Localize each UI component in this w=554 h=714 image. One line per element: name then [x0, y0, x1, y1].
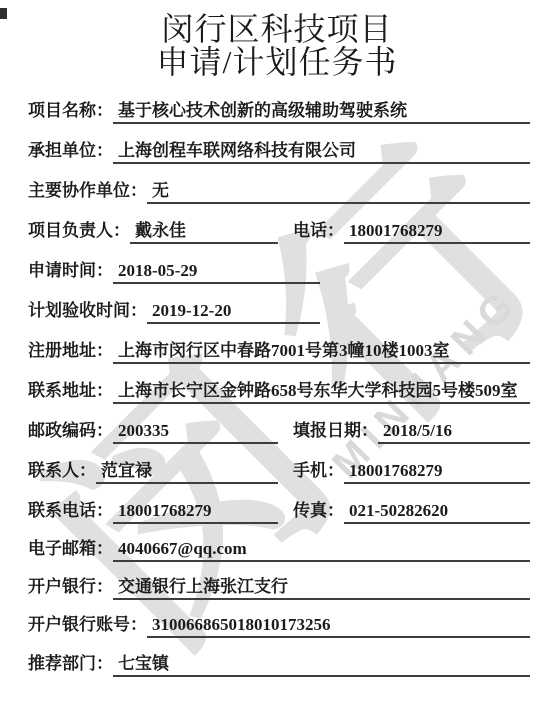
contact-phone-value: 18001768279 [113, 500, 278, 524]
field-row-cooperating-unit: 主要协作单位： 无 [28, 180, 530, 204]
field-row-bank: 开户银行： 交通银行上海张江支行 [28, 576, 530, 600]
application-date-label: 申请时间： [28, 260, 113, 284]
field-row-undertaking-unit: 承担单位： 上海创程车联网络科技有限公司 [28, 140, 530, 164]
postal-code-pair: 邮政编码： 200335 [28, 420, 278, 444]
recommending-dept-value: 七宝镇 [113, 653, 530, 677]
document-content: 闵行区科技项目申请/计划任务书 项目名称： 基于核心技术创新的高级辅助驾驶系统 … [0, 0, 554, 714]
field-row-contact-address: 联系地址： 上海市长宁区金钟路658号东华大学科技园5号楼509室 [28, 380, 530, 404]
fill-date-label: 填报日期： [293, 420, 378, 444]
field-row-acceptance-date: 计划验收时间： 2019-12-20 [28, 300, 320, 324]
field-row-leader-and-phone: 项目负责人： 戴永佳 电话： 18001768279 [28, 220, 530, 244]
field-row-registered-address: 注册地址： 上海市闵行区中春路7001号第3幢10楼1003室 [28, 340, 530, 364]
bank-account-value: 310066865018010173256 [147, 614, 530, 638]
bank-label: 开户银行： [28, 576, 113, 600]
leader-phone-pair: 电话： 18001768279 [293, 220, 530, 244]
application-date-value: 2018-05-29 [113, 260, 320, 284]
acceptance-date-label: 计划验收时间： [28, 300, 147, 324]
email-value: 4040667@qq.com [113, 538, 530, 562]
field-row-bank-account: 开户银行账号： 310066865018010173256 [28, 614, 530, 638]
fill-date-value: 2018/5/16 [378, 420, 530, 444]
project-name-label: 项目名称： [28, 100, 113, 124]
contact-phone-pair: 联系电话： 18001768279 [28, 500, 278, 524]
document-title: 闵行区科技项目申请/计划任务书 [0, 13, 554, 79]
undertaking-unit-label: 承担单位： [28, 140, 113, 164]
project-leader-pair: 项目负责人： 戴永佳 [28, 220, 278, 244]
project-leader-value: 戴永佳 [130, 220, 278, 244]
acceptance-date-value: 2019-12-20 [147, 300, 320, 324]
email-label: 电子邮箱： [28, 538, 113, 562]
field-row-phone-and-fax: 联系电话： 18001768279 传真： 021-50282620 [28, 500, 530, 524]
postal-code-label: 邮政编码： [28, 420, 113, 444]
undertaking-unit-value: 上海创程车联网络科技有限公司 [113, 140, 530, 164]
registered-address-value: 上海市闵行区中春路7001号第3幢10楼1003室 [113, 340, 530, 364]
field-row-postal-and-filldate: 邮政编码： 200335 填报日期： 2018/5/16 [28, 420, 530, 444]
leader-phone-label: 电话： [293, 220, 344, 244]
document-title-line2: 申请/计划任务书 [157, 44, 398, 80]
document-page: 闵行 MINHANG 闵行区科技项目申请/计划任务书 项目名称： 基于核心技术创… [0, 0, 554, 714]
bank-account-label: 开户银行账号： [28, 614, 147, 638]
fax-value: 021-50282620 [344, 500, 530, 524]
contact-person-pair: 联系人： 范宜禄 [28, 460, 278, 484]
field-row-email: 电子邮箱： 4040667@qq.com [28, 538, 530, 562]
mobile-label: 手机： [293, 460, 344, 484]
project-leader-label: 项目负责人： [28, 220, 130, 244]
mobile-pair: 手机： 18001768279 [293, 460, 530, 484]
project-name-value: 基于核心技术创新的高级辅助驾驶系统 [113, 100, 530, 124]
postal-code-value: 200335 [113, 420, 278, 444]
field-row-contact-and-mobile: 联系人： 范宜禄 手机： 18001768279 [28, 460, 530, 484]
cooperating-unit-value: 无 [147, 180, 530, 204]
field-row-recommending-dept: 推荐部门： 七宝镇 [28, 653, 530, 677]
application-form: 项目名称： 基于核心技术创新的高级辅助驾驶系统 承担单位： 上海创程车联网络科技… [28, 100, 530, 693]
document-title-line1: 闵行区科技项目 [161, 11, 392, 47]
cooperating-unit-label: 主要协作单位： [28, 180, 147, 204]
registered-address-label: 注册地址： [28, 340, 113, 364]
field-row-project-name: 项目名称： 基于核心技术创新的高级辅助驾驶系统 [28, 100, 530, 124]
fax-pair: 传真： 021-50282620 [293, 500, 530, 524]
contact-person-value: 范宜禄 [96, 460, 278, 484]
bank-value: 交通银行上海张江支行 [113, 576, 530, 600]
mobile-value: 18001768279 [344, 460, 530, 484]
contact-address-label: 联系地址： [28, 380, 113, 404]
contact-address-value: 上海市长宁区金钟路658号东华大学科技园5号楼509室 [113, 380, 530, 404]
leader-phone-value: 18001768279 [344, 220, 530, 244]
recommending-dept-label: 推荐部门： [28, 653, 113, 677]
scan-artifact [0, 8, 7, 19]
fax-label: 传真： [293, 500, 344, 524]
field-row-application-date: 申请时间： 2018-05-29 [28, 260, 320, 284]
fill-date-pair: 填报日期： 2018/5/16 [293, 420, 530, 444]
contact-phone-label: 联系电话： [28, 500, 113, 524]
contact-person-label: 联系人： [28, 460, 96, 484]
